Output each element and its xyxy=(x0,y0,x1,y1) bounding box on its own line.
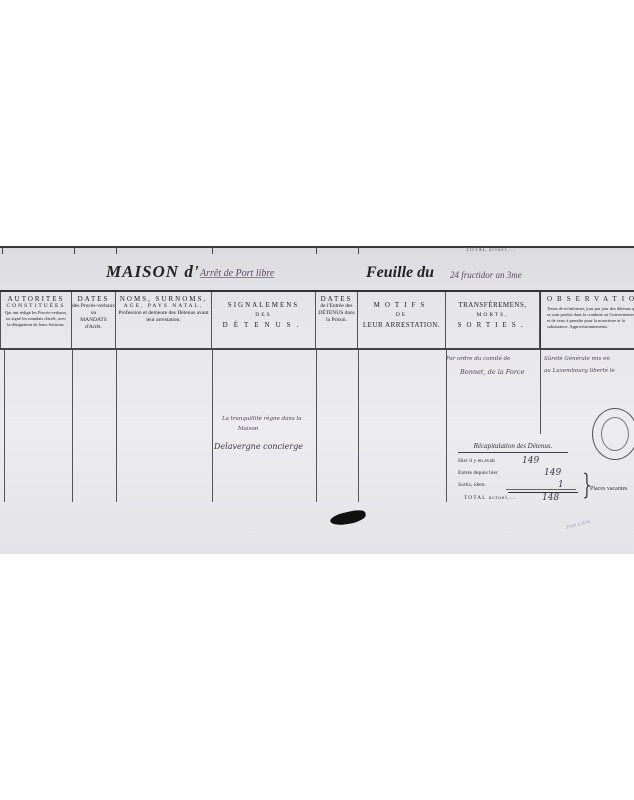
column-subtitle: des Procès-verbaux ou xyxy=(72,303,115,317)
column-subtitle: DES xyxy=(212,312,315,319)
right-brace: } xyxy=(582,468,591,501)
column-divider xyxy=(540,350,541,434)
column-header-motifs: MOTIFS DE LEUR ARRESTATION. xyxy=(358,292,446,348)
column-subtitle: AGE, PAYS NATAL, xyxy=(116,303,211,310)
signalement-entry-line1: La tranquillité régne dans la xyxy=(222,416,302,422)
column-subtitle: MORTS, xyxy=(446,312,539,319)
column-text: LEUR ARRESTATION. xyxy=(358,322,445,329)
observation-entry-line1: Sûreté Générale mis en xyxy=(544,356,610,362)
recap-value: 149 xyxy=(522,456,539,466)
top-rule xyxy=(0,246,634,248)
column-header-signalemens: SIGNALEMENS DES DÉTENUS. xyxy=(212,292,316,348)
column-divider xyxy=(212,350,213,502)
transferement-entry-line1: Par ordre du comité de xyxy=(446,356,510,362)
column-divider xyxy=(446,350,447,502)
column-title: OBSERVATIONS xyxy=(547,296,634,303)
column-title: NOMS, SURNOMS, xyxy=(116,296,211,303)
header-bottom-rule xyxy=(0,348,634,350)
seal-figure-icon xyxy=(601,417,629,451)
places-vacantes-label: Places vacantes xyxy=(590,486,627,492)
recap-value: 148 xyxy=(542,493,559,503)
recap-row-entres: Entrés depuis hier 149 xyxy=(458,468,578,480)
column-header-dates-proces: DATES des Procès-verbaux ou MANDATS d'Ar… xyxy=(72,292,116,348)
column-subtitle: de l'Entrée des xyxy=(316,303,357,310)
recap-label: TOTAL actuel.... xyxy=(464,495,517,501)
recapitulation-table: Récapitulation des Détenus. Hier il y en… xyxy=(458,442,578,505)
maison-label: MAISON d' xyxy=(106,262,200,282)
tick-mark xyxy=(74,246,75,254)
column-header-observations: OBSERVATIONS Tenus de m'informer, jour p… xyxy=(540,292,634,348)
ink-blot xyxy=(329,508,367,527)
tick-mark xyxy=(212,246,213,254)
column-header-transferemens: TRANSFÈREMENS, MORTS, SORTIES. xyxy=(446,292,540,348)
tick-mark xyxy=(116,246,117,254)
column-subtitle: CONSTITUÉES xyxy=(1,303,71,310)
transferement-entry-line2: Bonnet, de la Force xyxy=(460,368,524,376)
title-row: MAISON d' Arrêt de Port libre Feuille du… xyxy=(0,260,634,286)
column-title: DATES xyxy=(316,296,357,303)
maison-handwritten: Arrêt de Port libre xyxy=(200,268,274,279)
column-title: MOTIFS xyxy=(358,302,445,309)
prison-register-sheet: TOTAL actuel.... MAISON d' Arrêt de Port… xyxy=(0,246,634,554)
recap-label: Hier il y en avait xyxy=(458,458,495,464)
recap-label: Entrés depuis hier xyxy=(458,470,498,476)
feuille-date-handwritten: 24 fructidor an 3me xyxy=(450,270,522,280)
feuille-label: Feuille du xyxy=(366,264,434,282)
recap-underline xyxy=(506,489,576,490)
recap-row-sortis: Sortis, idem. 1 xyxy=(458,480,578,492)
recap-row-total: TOTAL actuel.... 148 xyxy=(458,493,578,505)
tick-mark xyxy=(358,246,359,254)
column-divider xyxy=(72,350,73,502)
column-subtitle: DE xyxy=(358,312,445,319)
previous-total-label: TOTAL actuel.... xyxy=(466,248,516,253)
column-divider xyxy=(316,350,317,502)
column-divider xyxy=(4,350,5,502)
tick-mark xyxy=(2,246,3,254)
recap-row-hier: Hier il y en avait 149 xyxy=(458,456,578,468)
signalement-entry-line2: Maison xyxy=(238,426,258,432)
column-text: Profession et demeure des Détenus avant … xyxy=(116,310,211,324)
column-headers: AUTORITES CONSTITUÉES Qui ont rédigé les… xyxy=(0,292,634,348)
column-header-autorites: AUTORITES CONSTITUÉES Qui ont rédigé les… xyxy=(0,292,72,348)
recap-value: 1 xyxy=(558,480,564,490)
pencil-annotation: Port Libre xyxy=(566,519,592,531)
column-text: DÉTENUS dans la Prison. xyxy=(316,310,357,324)
column-title: TRANSFÈREMENS, xyxy=(446,302,539,309)
column-header-dates-entree: DATES de l'Entrée des DÉTENUS dans la Pr… xyxy=(316,292,358,348)
column-text: Tenus de m'informer, jour par jour des d… xyxy=(547,303,634,330)
concierge-signature: Delavergne concierge xyxy=(214,442,303,451)
recap-label: Sortis, idem. xyxy=(458,482,486,488)
column-divider xyxy=(116,350,117,502)
official-seal-stamp xyxy=(592,408,634,460)
column-divider xyxy=(358,350,359,502)
observation-entry-line2: au Luxembourg liberté le xyxy=(544,368,615,374)
recap-value: 149 xyxy=(544,468,561,478)
column-title: AUTORITES xyxy=(1,296,71,303)
column-text: Qui ont rédigé les Procès-verbaux, ou si… xyxy=(1,310,71,328)
tick-mark xyxy=(316,246,317,254)
column-title: SIGNALEMENS xyxy=(212,302,315,309)
column-title: DATES xyxy=(72,296,115,303)
recapitulation-title: Récapitulation des Détenus. xyxy=(458,442,568,453)
column-text: DÉTENUS. xyxy=(212,322,315,329)
column-text: MANDATS d'Arrêt. xyxy=(72,317,115,331)
column-text: SORTIES. xyxy=(446,322,539,329)
column-header-noms: NOMS, SURNOMS, AGE, PAYS NATAL, Professi… xyxy=(116,292,212,348)
